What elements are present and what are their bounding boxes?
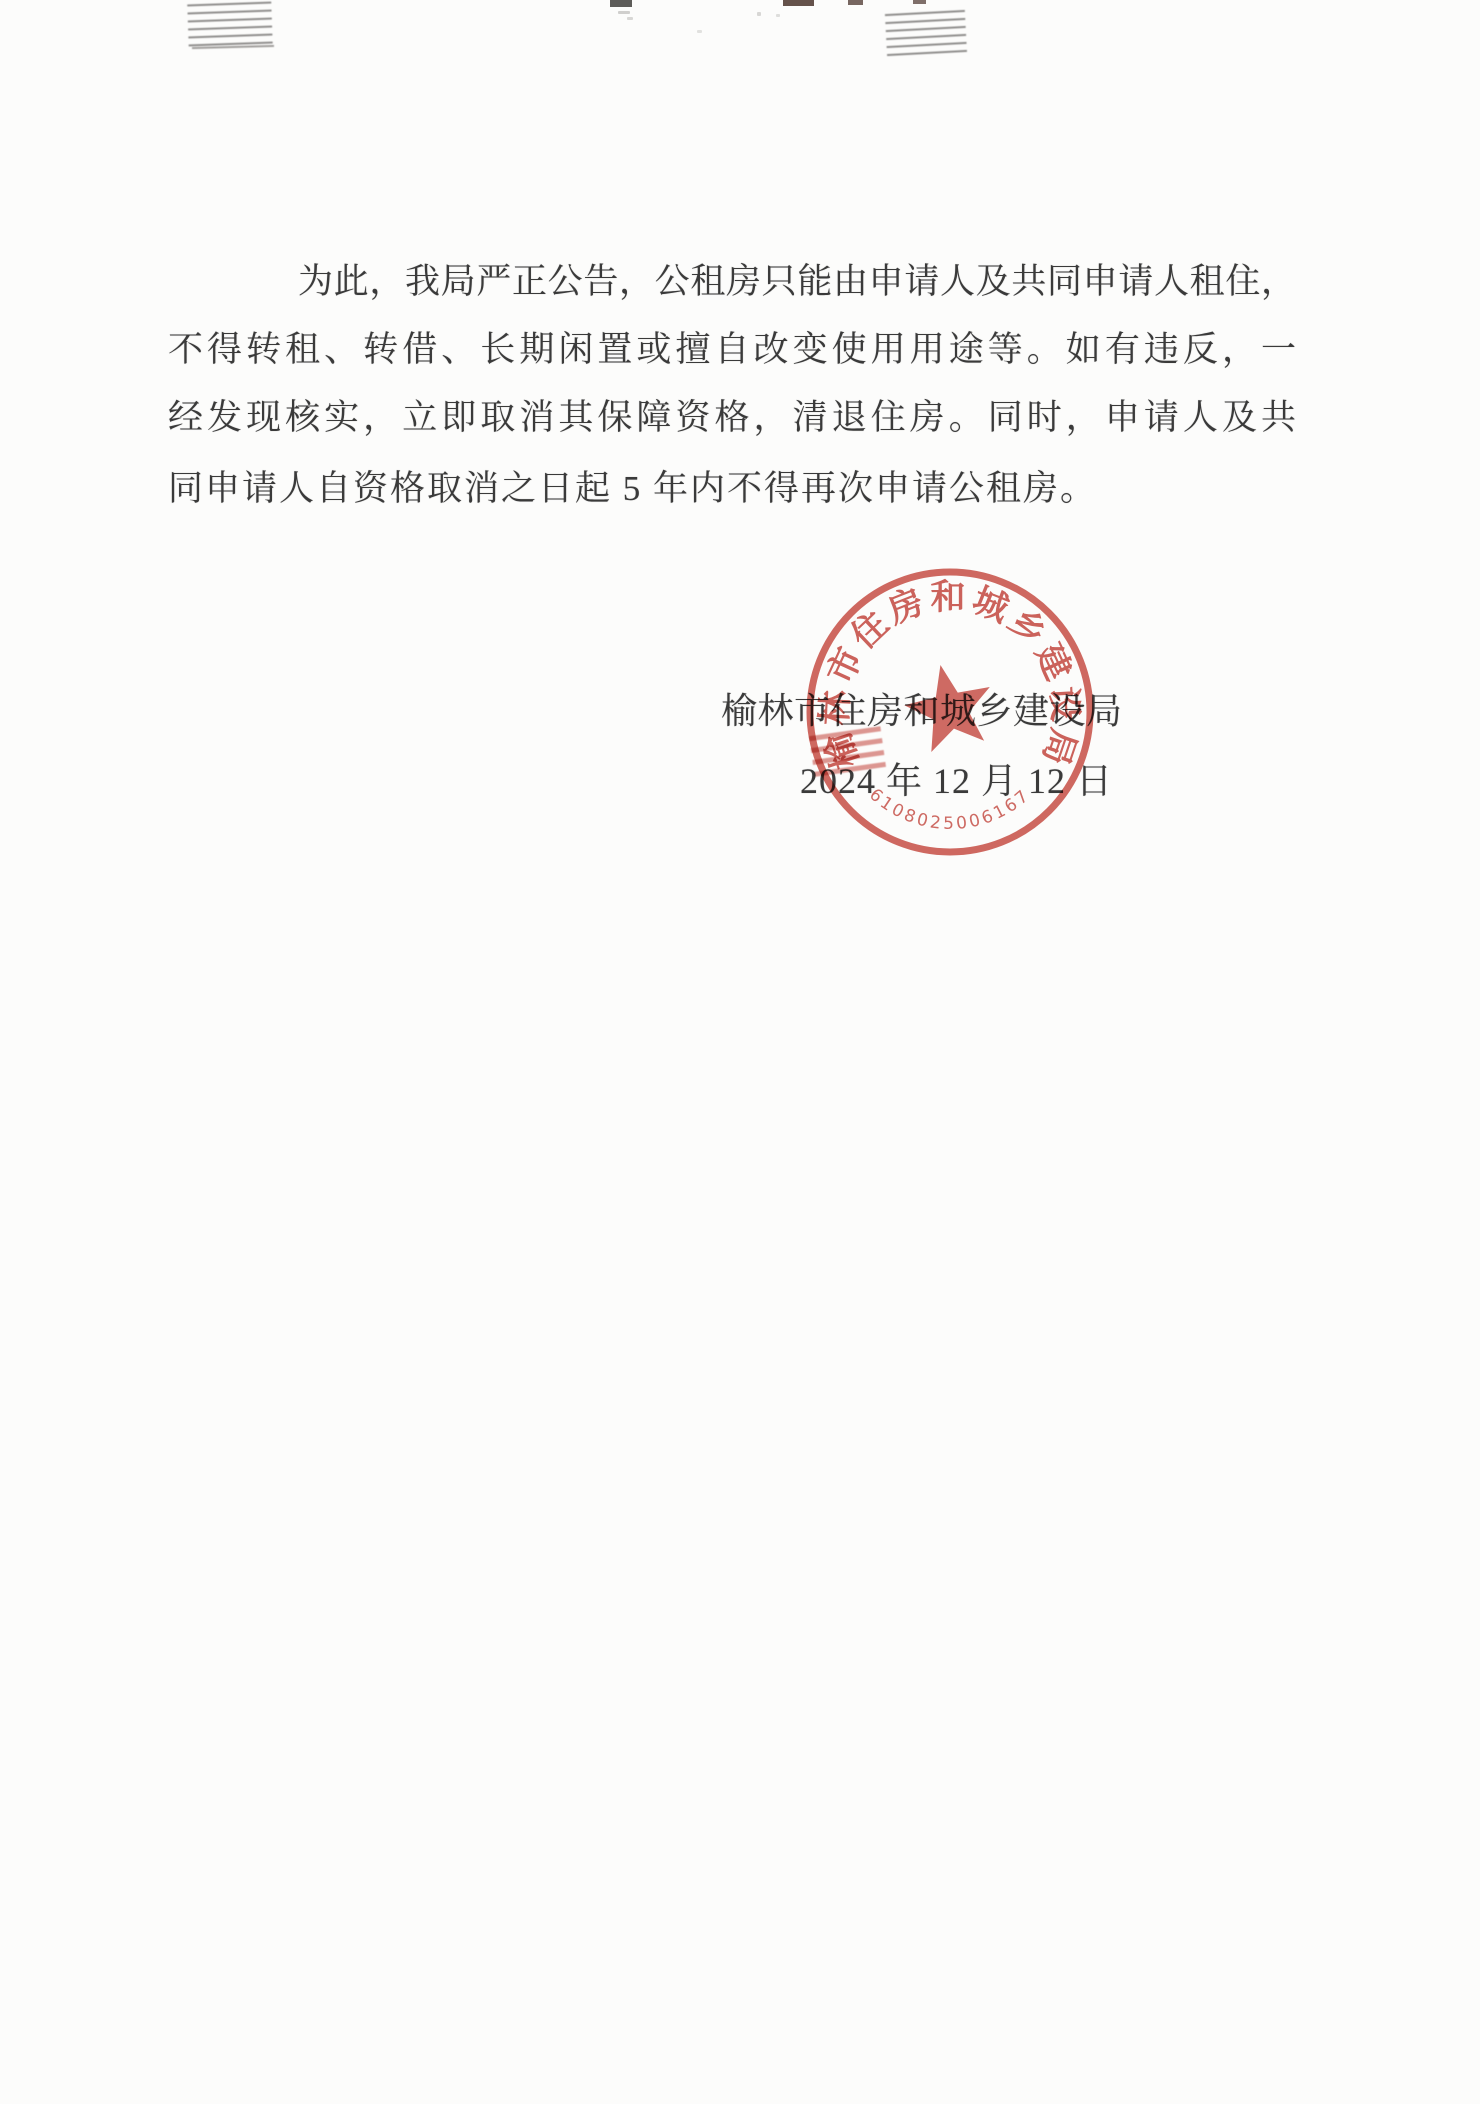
scan-speck [697,30,702,33]
scan-smudge-right [885,10,967,58]
scan-edge-mark [913,0,926,4]
scan-speck [618,11,630,14]
scan-edge-mark [610,0,632,7]
scan-speck [627,17,633,20]
official-seal: 榆林市住房和城乡建设局 6108025006167 [790,554,1110,874]
scanned-document-page: 为此，我局严正公告，公租房只能由申请人及共同申请人租住， 不得转租、转借、长期闲… [0,0,1480,2104]
seal-serial-number: 6108025006167 [865,785,1035,834]
paragraph-line: 经发现核实，立即取消其保障资格，清退住房。同时，申请人及共 [168,398,1296,438]
scan-smudge-left [187,2,272,49]
scan-speck [776,14,780,17]
paragraph-line: 为此，我局严正公告，公租房只能由申请人及共同申请人租住， [168,262,1296,302]
paragraph-line: 不得转租、转借、长期闲置或擅自改变使用用途等。如有违反，一 [168,330,1296,370]
scan-edge-mark [783,0,814,6]
seal-star [898,656,1001,756]
seal-ink-smudge [809,726,887,784]
scan-speck [757,12,761,16]
scan-edge-mark [848,0,863,5]
paragraph-line: 同申请人自资格取消之日起 5 年内不得再次申请公租房。 [168,469,1296,509]
